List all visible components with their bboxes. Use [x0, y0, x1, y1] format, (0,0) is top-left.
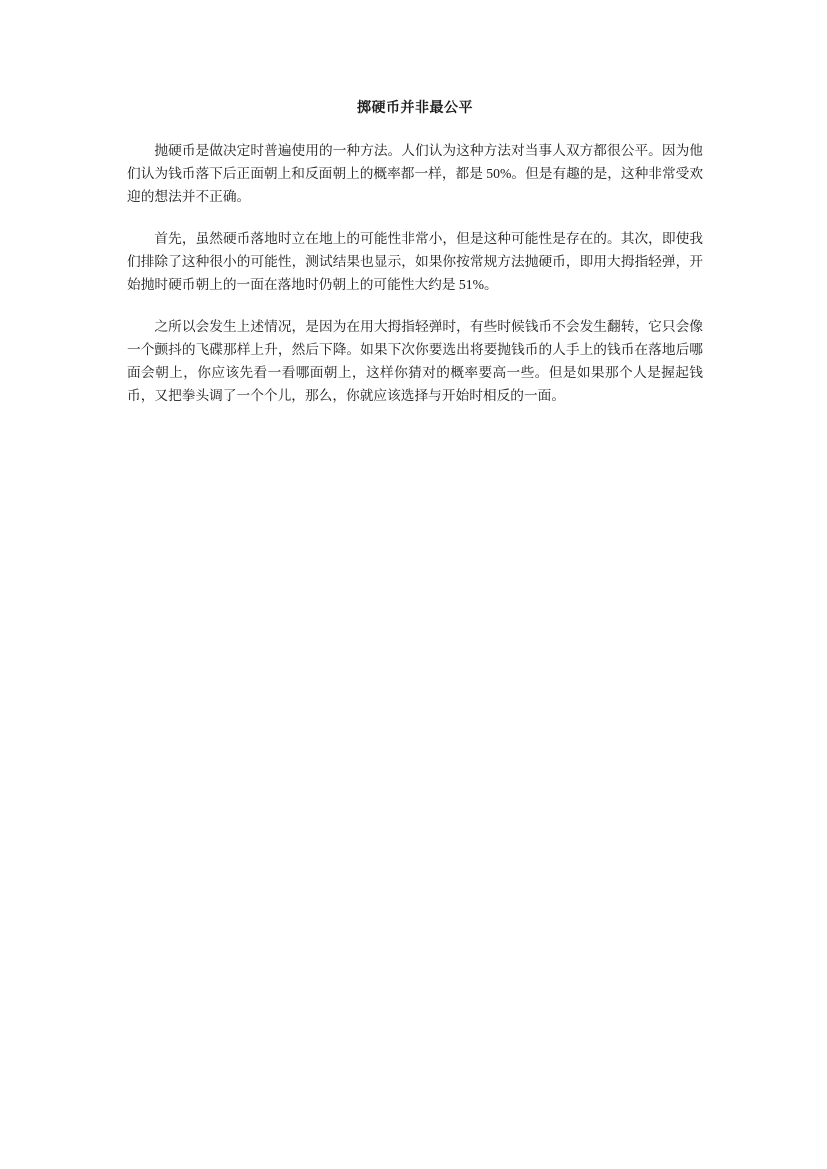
document-title: 掷硬币并非最公平 — [127, 97, 703, 120]
document-page: 掷硬币并非最公平 抛硬币是做决定时普遍使用的一种方法。人们认为这种方法对当事人双… — [0, 0, 827, 1169]
paragraph-2: 首先，虽然硬币落地时立在地上的可能性非常小，但是这种可能性是存在的。其次，即使我… — [127, 227, 703, 296]
document-canvas: { "document": { "title": "掷硬币并非最公平", "pa… — [0, 0, 827, 1169]
paragraph-1: 抛硬币是做决定时普遍使用的一种方法。人们认为这种方法对当事人双方都很公平。因为他… — [127, 139, 703, 208]
paragraph-3: 之所以会发生上述情况，是因为在用大拇指轻弹时，有些时候钱币不会发生翻转，它只会像… — [127, 315, 703, 407]
